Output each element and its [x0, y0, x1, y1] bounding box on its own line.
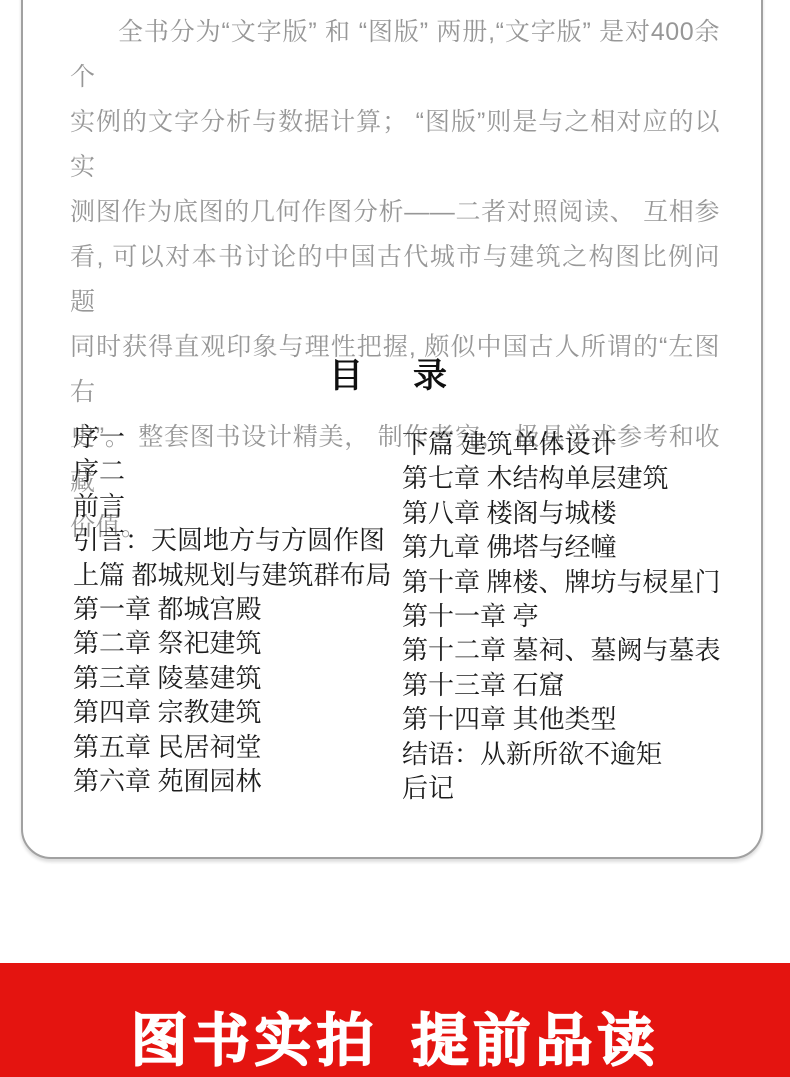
intro-line: 测图作为底图的几何作图分析——二者对照阅读、 互相参: [70, 190, 720, 235]
toc-item: 第二章 祭祀建筑: [73, 627, 392, 661]
toc-item: 序二: [73, 455, 392, 489]
toc-item: 引言：天圆地方与方圆作图: [73, 524, 392, 558]
content-card: 全书分为“文字版” 和 “图版” 两册,“文字版” 是对400余个 实例的文字分…: [21, 0, 763, 859]
toc-item: 第三章 陵墓建筑: [73, 662, 392, 696]
toc-item: 第九章 佛塔与经幢: [402, 531, 721, 565]
toc-item: 第十一章 亭: [402, 600, 721, 634]
banner-title: 图书实拍 提前品读: [0, 1013, 790, 1070]
toc-item: 结语：从新所欲不逾矩: [402, 738, 721, 772]
toc-item: 后记: [402, 772, 721, 806]
intro-line: 看, 可以对本书讨论的中国古代城市与建筑之构图比例问题: [70, 235, 720, 325]
toc-item: 第十三章 石窟: [402, 669, 721, 703]
toc-item: 第五章 民居祠堂: [73, 731, 392, 765]
toc-item: 下篇 建筑单体设计: [402, 428, 721, 462]
toc-item: 第十二章 墓祠、墓阙与墓表: [402, 634, 721, 668]
toc-item: 第七章 木结构单层建筑: [402, 462, 721, 496]
intro-line: 实例的文字分析与数据计算； “图版”则是与之相对应的以实: [70, 100, 720, 190]
toc-item: 第十四章 其他类型: [402, 703, 721, 737]
toc-item: 第十章 牌楼、牌坊与棂星门: [402, 566, 721, 600]
toc-left-column: 序一 序二 前言 引言：天圆地方与方圆作图 上篇 都城规划与建筑群布局 第一章 …: [73, 421, 392, 799]
toc-right-column: 下篇 建筑单体设计 第七章 木结构单层建筑 第八章 楼阁与城楼 第九章 佛塔与经…: [402, 428, 721, 806]
toc-item: 上篇 都城规划与建筑群布局: [73, 559, 392, 593]
bottom-banner: 图书实拍 提前品读: [0, 963, 790, 1077]
toc-item: 第一章 都城宫殿: [73, 593, 392, 627]
toc-item: 序一: [73, 421, 392, 455]
toc-item: 第四章 宗教建筑: [73, 696, 392, 730]
toc-title: 目 录: [23, 348, 761, 397]
intro-line: 全书分为“文字版” 和 “图版” 两册,“文字版” 是对400余个: [70, 10, 720, 100]
toc-item: 第六章 苑囿园林: [73, 765, 392, 799]
toc-item: 前言: [73, 490, 392, 524]
toc-item: 第八章 楼阁与城楼: [402, 497, 721, 531]
